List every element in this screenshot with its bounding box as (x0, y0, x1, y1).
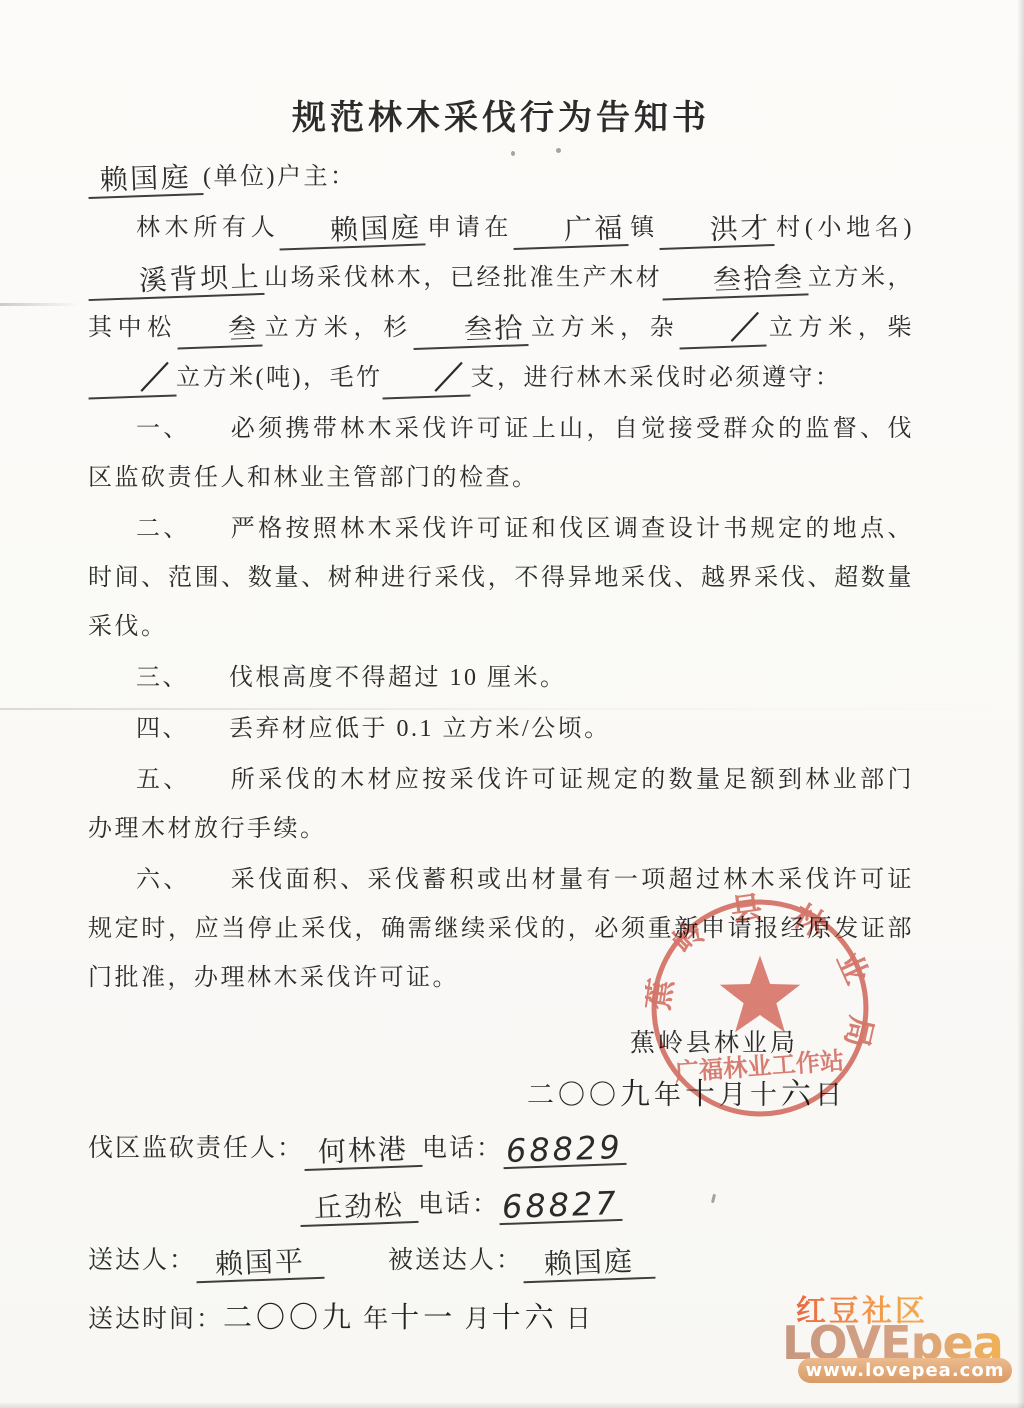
intro-text: 镇 (628, 215, 659, 241)
rule-number: 五、 (136, 767, 191, 793)
watermark-url-banner: www.lovepea.com (798, 1358, 1012, 1383)
supervisor-row-2: 丘劲松电话：68827 (88, 1177, 914, 1233)
rule-number: 三、 (136, 665, 189, 691)
scan-edge-shadow-bottom (0, 1402, 1024, 1408)
supervisor-label: 伐区监砍责任人： (88, 1135, 304, 1162)
addressee-label: (单位)户主： (203, 164, 356, 190)
supervisor-name-handwritten: 丘劲松 (299, 1190, 418, 1227)
rule-item-4: 四、丢弃材应低于 0.1 立方米/公顷。 (88, 705, 914, 754)
scan-edge-shadow (1017, 0, 1024, 1408)
rule-number: 四、 (136, 716, 189, 742)
rule-text: 必须携带林木采伐许可证上山，自觉接受群众的监督、伐区监砍责任人和林业主管部门的检… (88, 416, 914, 491)
rule-number: 一、 (136, 416, 191, 442)
document-title: 规范林木采伐行为告知书 (88, 90, 914, 139)
recipient-label: 被送达人： (388, 1247, 523, 1274)
place-name-handwritten: 溪背坝上 (87, 262, 264, 301)
document-content: 规范林木采伐行为告知书 赖国庭(单位)户主： 林木所有人赖国庭申请在广福镇洪才村… (88, 90, 914, 1348)
sender-name-handwritten: 赖国平 (195, 1246, 324, 1283)
intro-text: 村(小地名) (774, 215, 914, 241)
supervisor-row-1: 伐区监砍责任人：何林港电话：68829 (88, 1121, 914, 1177)
recipient-name-handwritten: 赖国庭 (522, 1246, 655, 1284)
rule-number: 六、 (136, 867, 191, 893)
paper-crease (0, 303, 80, 306)
intro-text: 立方米，杉 (261, 315, 412, 341)
rule-item-3: 三、伐根高度不得超过 10 厘米。 (88, 654, 914, 703)
official-stamp: 蕉岭县林业局 广福林业工作站 (645, 893, 875, 1123)
rule-item-1: 一、必须携带林木采伐许可证上山，自觉接受群众的监督、伐区监砍责任人和林业主管部门… (88, 405, 914, 503)
rule-text: 所采伐的木材应按采伐许可证规定的数量足额到林业部门办理木材放行手续。 (88, 767, 914, 842)
owner-name-handwritten: 赖国庭 (279, 212, 426, 250)
rule-number: 二、 (136, 516, 191, 542)
intro-text: 立方米(吨)，毛竹 (176, 365, 382, 391)
fir-volume-handwritten: 叁拾 (412, 313, 528, 350)
delivery-month-handwritten: 十一 (390, 1300, 456, 1334)
rule-text: 丢弃材应低于 0.1 立方米/公顷。 (229, 716, 611, 742)
stamp-star-icon (720, 956, 801, 1033)
town-handwritten: 广福 (513, 213, 629, 250)
phone-label: 电话： (422, 1135, 503, 1162)
rule-text: 伐根高度不得超过 10 厘米。 (229, 665, 567, 691)
phone-label: 电话： (418, 1191, 499, 1218)
village-handwritten: 洪才 (658, 213, 774, 250)
intro-paragraph: 林木所有人赖国庭申请在广福镇洪才村(小地名)溪背坝上山场采伐林木，已经批准生产木… (88, 203, 914, 403)
rule-item-5: 五、所采伐的木材应按采伐许可证规定的数量足额到林业部门办理木材放行手续。 (88, 756, 914, 854)
day-char: 日 (566, 1306, 593, 1333)
pine-volume-handwritten: 叁 (176, 314, 262, 350)
intro-text: 支，进行林木采伐时必须遵守： (470, 365, 841, 391)
delivery-row: 送达人：赖国平被送达人：赖国庭 (88, 1233, 914, 1289)
rule-item-2: 二、严格按照林木采伐许可证和伐区调查设计书规定的地点、时间、范围、数量、树种进行… (88, 505, 914, 652)
misc-volume-slash: ／ (679, 314, 767, 350)
addressee-name-handwritten: 赖国庭 (87, 162, 203, 199)
supervisor-phone-handwritten: 68829 (502, 1132, 626, 1169)
watermark-logo: 红豆社区 LOVEpea www.lovepea.com (782, 1286, 1020, 1388)
delivery-time-label: 送达时间： (88, 1306, 223, 1333)
total-volume-handwritten: 叁拾叁 (662, 262, 809, 300)
supervisor-name-handwritten: 何林港 (303, 1134, 422, 1171)
intro-text: 立方米，柴 (766, 315, 914, 341)
delivery-year-handwritten: 二〇〇九 (223, 1300, 355, 1334)
intro-text: 林木所有人 (136, 215, 279, 241)
intro-text: 申请在 (425, 215, 513, 241)
year-char: 年 (363, 1306, 390, 1333)
sender-label: 送达人： (88, 1247, 196, 1274)
bamboo-count-slash: ／ (382, 363, 471, 399)
rule-text: 严格按照林木采伐许可证和伐区调查设计书规定的地点、时间、范围、数量、树种进行采伐… (88, 516, 914, 640)
intro-text: 立方米，杂 (528, 315, 679, 341)
addressee-line: 赖国庭(单位)户主： (88, 151, 914, 203)
stamp-station-text: 广福林业工作站 (674, 1047, 845, 1087)
supervisor-phone-handwritten: 68827 (498, 1188, 622, 1225)
month-char: 月 (465, 1306, 492, 1333)
intro-text: 山场采伐林木，已经批准生产木材 (264, 265, 662, 291)
date-printed: 二〇〇 (527, 1080, 620, 1110)
delivery-day-handwritten: 十六 (492, 1300, 558, 1334)
firewood-volume-slash: ／ (87, 363, 176, 399)
scanned-document-page: 规范林木采伐行为告知书 赖国庭(单位)户主： 林木所有人赖国庭申请在广福镇洪才村… (0, 0, 1024, 1408)
